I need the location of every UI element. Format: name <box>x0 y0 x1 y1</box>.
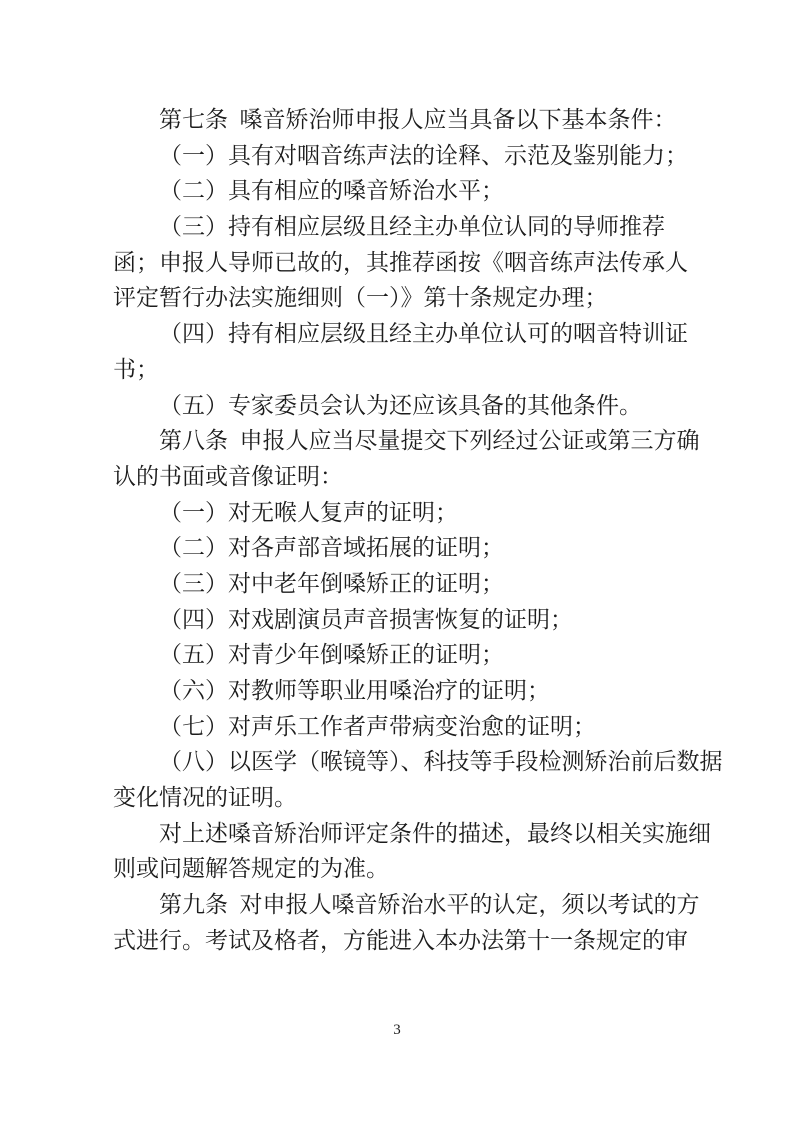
document-body: 第七条 嗓音矫治师申报人应当具备以下基本条件：（一）具有对咽音练声法的诠释、示范… <box>113 102 713 959</box>
text-line: 函；申报人导师已故的，其推荐函按《咽音练声法传承人 <box>113 245 713 281</box>
text-line: 则或问题解答规定的为准。 <box>113 851 713 887</box>
text-line: （一）对无喉人复声的证明； <box>113 495 713 531</box>
text-line: 变化情况的证明。 <box>113 780 713 816</box>
text-line: （八）以医学（喉镜等）、科技等手段检测矫治前后数据 <box>113 744 713 780</box>
text-line: （二）对各声部音域拓展的证明； <box>113 530 713 566</box>
text-line: （一）具有对咽音练声法的诠释、示范及鉴别能力； <box>113 138 713 174</box>
text-line: （三）持有相应层级且经主办单位认同的导师推荐 <box>113 209 713 245</box>
text-line: （二）具有相应的嗓音矫治水平； <box>113 173 713 209</box>
text-line: 对上述嗓音矫治师评定条件的描述，最终以相关实施细 <box>113 816 713 852</box>
text-line: （四）对戏剧演员声音损害恢复的证明； <box>113 602 713 638</box>
text-line: 式进行。考试及格者，方能进入本办法第十一条规定的审 <box>113 923 713 959</box>
text-line: 第七条 嗓音矫治师申报人应当具备以下基本条件： <box>113 102 713 138</box>
text-line: 第九条 对申报人嗓音矫治水平的认定，须以考试的方 <box>113 887 713 923</box>
text-line: 认的书面或音像证明： <box>113 459 713 495</box>
page-number: 3 <box>0 1020 794 1040</box>
text-line: （三）对中老年倒嗓矫正的证明； <box>113 566 713 602</box>
text-line: （六）对教师等职业用嗓治疗的证明； <box>113 673 713 709</box>
page-footer: 3 <box>0 1020 794 1040</box>
text-line: （四）持有相应层级且经主办单位认可的咽音特训证 <box>113 316 713 352</box>
text-line: （五）专家委员会认为还应该具备的其他条件。 <box>113 388 713 424</box>
text-line: 第八条 申报人应当尽量提交下列经过公证或第三方确 <box>113 423 713 459</box>
document-page: 第七条 嗓音矫治师申报人应当具备以下基本条件：（一）具有对咽音练声法的诠释、示范… <box>0 0 794 1123</box>
text-line: （五）对青少年倒嗓矫正的证明； <box>113 637 713 673</box>
text-line: （七）对声乐工作者声带病变治愈的证明； <box>113 709 713 745</box>
text-line: 评定暂行办法实施细则（一）》第十条规定办理； <box>113 280 713 316</box>
text-line: 书； <box>113 352 713 388</box>
